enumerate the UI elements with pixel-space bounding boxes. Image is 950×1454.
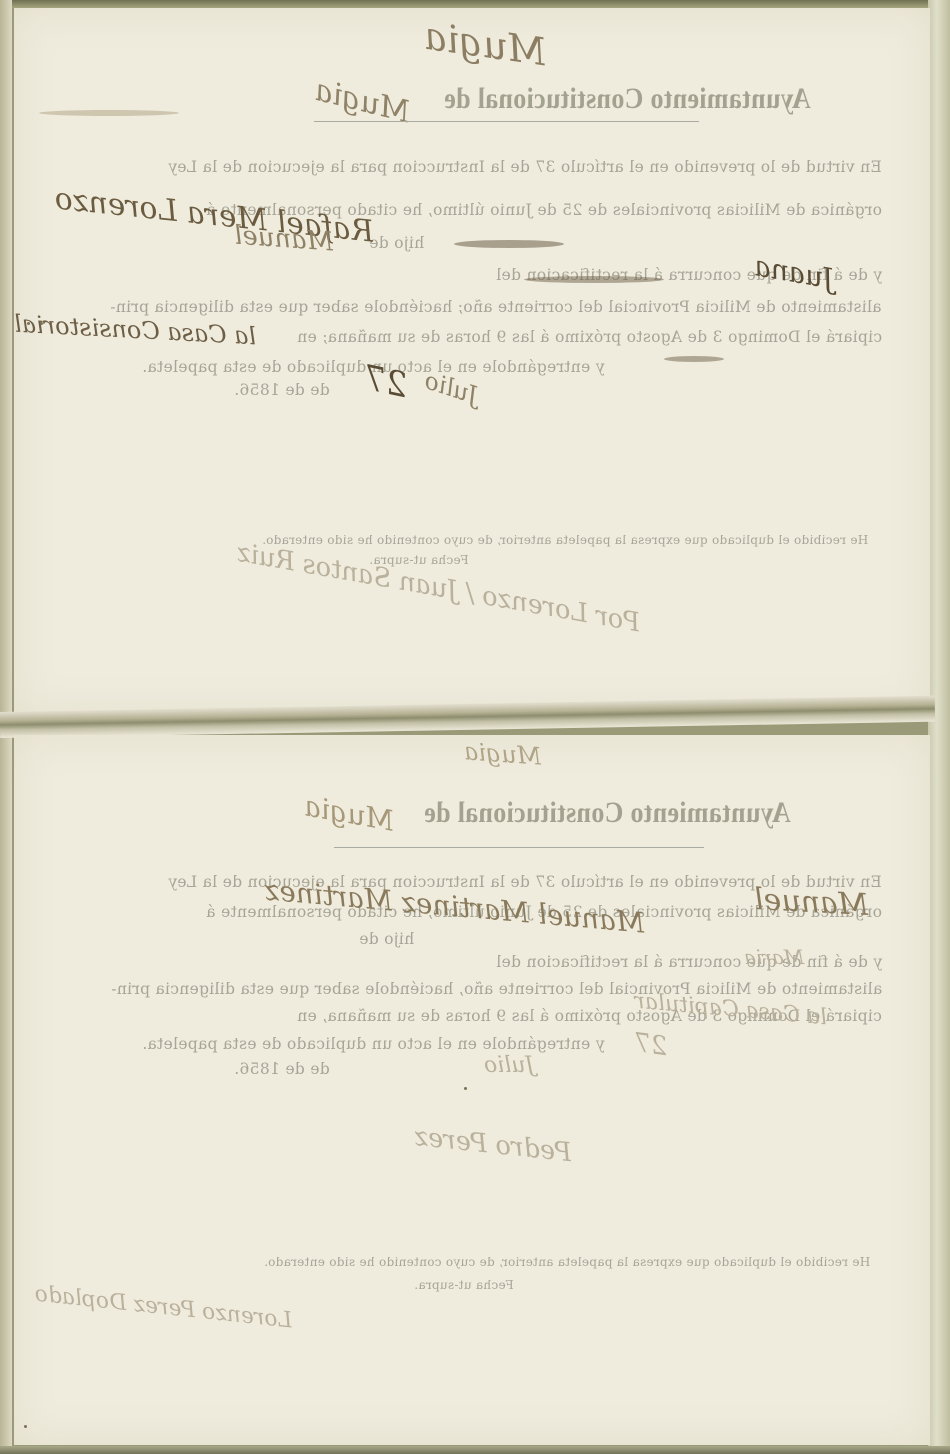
form-line: cipiará el Domingo 3 de Agosto próximo á… <box>297 328 882 346</box>
ink-smear <box>39 110 179 116</box>
form-line: y entregándole en el acto un duplicado d… <box>142 1035 605 1053</box>
receipt-signature: Lorenzo Perez Doplado <box>33 1282 293 1334</box>
handwritten-day: 27 <box>632 1028 669 1062</box>
handwritten-mother: Maria <box>744 945 804 969</box>
title-rule <box>334 847 704 848</box>
form-line: y de á fin de que concurra á la rectific… <box>496 953 882 971</box>
receipt-line: Fecha ut-supra. <box>414 1278 514 1292</box>
page-bottom-edge <box>0 1446 950 1454</box>
title-rule <box>314 121 699 122</box>
official-signature: Pedro Perez <box>413 1122 573 1168</box>
form-line: hijo de <box>359 930 414 948</box>
title-handwriting: Mugia <box>302 789 397 837</box>
page-top-edge <box>0 0 950 8</box>
header-handwriting: Mugia <box>422 14 549 75</box>
paper-speck <box>27 322 30 325</box>
handwritten-father: Manuel <box>753 882 869 923</box>
header-handwriting: Mugia <box>463 737 542 770</box>
form-line: hijo de <box>369 234 424 252</box>
form-sheet-bottom: Mugia Ayuntamiento Constitucional de Mug… <box>14 735 930 1445</box>
form-sheet-top: Mugia Ayuntamiento Constitucional de Mug… <box>14 8 930 716</box>
handwritten-father: Manuel <box>233 221 334 258</box>
ink-smear <box>664 356 724 362</box>
handwritten-mother: Juana <box>752 249 837 296</box>
form-line: alistamiento de Milicia Provincial del c… <box>110 298 882 316</box>
paper-speck <box>464 1087 467 1090</box>
ink-smear <box>524 276 664 283</box>
handwritten-month: Julio <box>484 1053 534 1078</box>
form-line: alistamiento de Milicia Provincial del c… <box>111 980 882 998</box>
paper-speck <box>40 322 43 325</box>
paper-speck <box>24 1425 27 1428</box>
receipt-line: He recibido el duplicado que expresa la … <box>264 1255 870 1269</box>
form-line: de de 1856. <box>234 381 330 399</box>
page-right-edge <box>928 0 950 1454</box>
form-title: Ayuntamiento Constitucional de <box>424 796 791 831</box>
ink-smear <box>454 240 564 248</box>
form-title: Ayuntamiento Constitucional de <box>444 82 811 117</box>
handwritten-day: 27 <box>360 358 411 406</box>
form-line: En virtud de lo prevenido en el artículo… <box>168 158 882 176</box>
form-line: de de 1856. <box>234 1060 330 1078</box>
receipt-line: He recibido el duplicado que expresa la … <box>262 533 868 547</box>
